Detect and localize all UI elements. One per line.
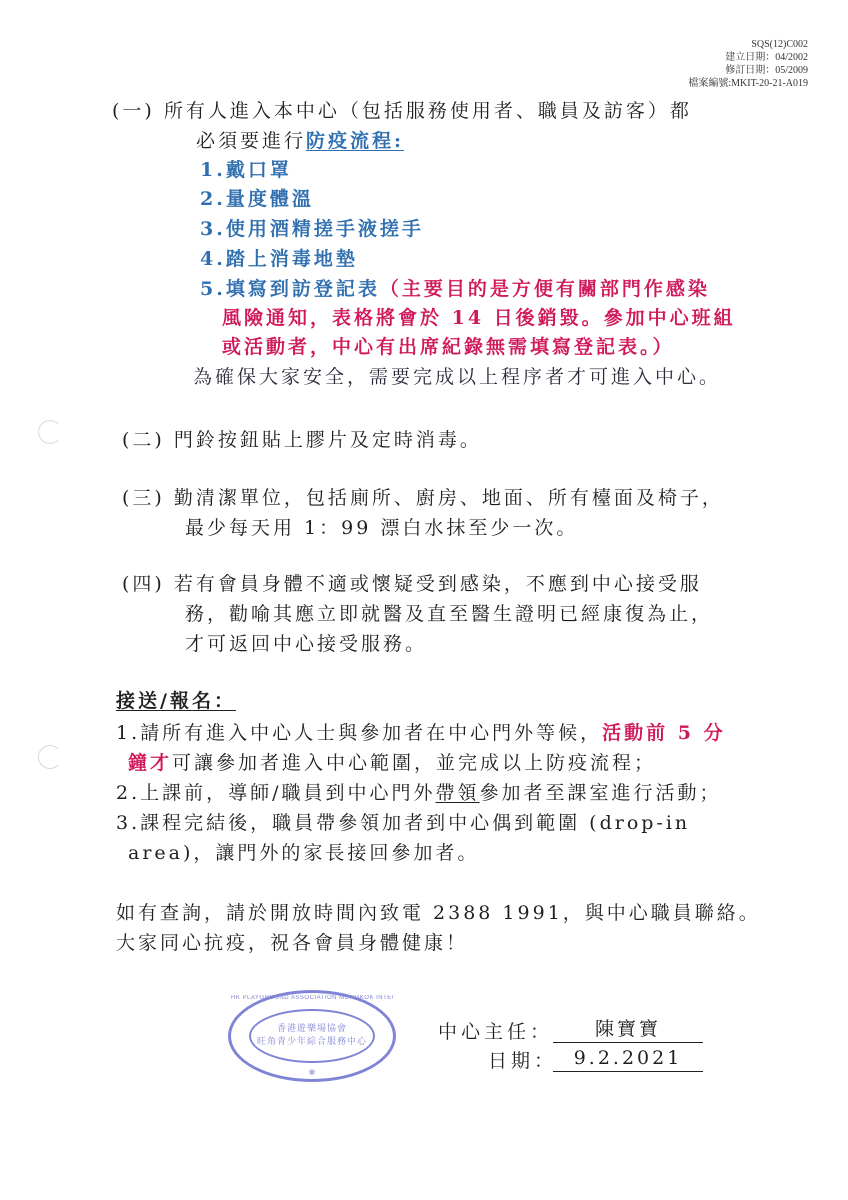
section-text: 勤清潔單位，包括廁所、廚房、地面、所有檯面及椅子， <box>174 487 724 509</box>
contact-line: 如有查詢，請於開放時間內致電 2388 1991，與中心職員聯絡。 <box>116 898 761 928</box>
step-5: 5.填寫到訪登記表 <box>200 278 380 300</box>
section-text: 才可返回中心接受服務。 <box>185 629 427 659</box>
section-closing: 為確保大家安全，需要完成以上程序者才可進入中心。 <box>193 362 721 392</box>
pickup-item-3: 3.課程完結後，職員帶參領加者到中心偶到範圍 (drop-in <box>116 808 690 838</box>
file-number: 檔案編號:MKIT-20-21-A019 <box>688 77 808 90</box>
section-text: 若有會員身體不適或懷疑受到感染，不應到中心接受服 <box>174 573 702 595</box>
closing-greeting: 大家同心抗疫，祝各會員身體健康！ <box>116 928 468 958</box>
section-marker: (二) <box>122 429 165 451</box>
pickup-heading: 接送/報名： <box>116 686 236 716</box>
revised-date: 修訂日期：05/2009 <box>688 64 808 77</box>
step-2: 2.量度體溫 <box>200 184 314 214</box>
section-marker: (三) <box>122 487 165 509</box>
step-4: 4.踏上消毒地墊 <box>200 244 358 274</box>
pickup-item-2: 2.上課前，導師/職員到中心門外帶領參加者至課室進行活動； <box>116 778 722 808</box>
section-text: 務，勸喻其應立即就醫及直至醫生證明已經康復為止， <box>185 599 713 629</box>
director-label: 中心主任： <box>438 1017 553 1044</box>
section-marker: (一) <box>112 100 155 122</box>
section-marker: (四) <box>122 573 165 595</box>
stamp-symbol-icon: ✻ <box>231 1068 393 1077</box>
pickup-item-1: 1.請所有進入中心人士與參加者在中心門外等候，活動前 5 分 <box>116 718 726 748</box>
section-text: 最少每天用 1：99 漂白水抹至少一次。 <box>185 513 578 543</box>
form-code: SQS(12)C002 <box>688 38 808 51</box>
section-text: 所有人進入本中心（包括服務使用者、職員及訪客）都 <box>164 100 692 122</box>
created-date: 建立日期：04/2002 <box>688 51 808 64</box>
pickup-item-1-cont: 鐘才可讓參加者進入中心範圍，並完成以上防疫流程； <box>128 748 656 778</box>
punch-hole-bottom <box>38 745 62 769</box>
section-text: 門鈴按鈕貼上膠片及定時消毒。 <box>174 429 482 451</box>
stamp-line-1: 香港遊樂場協會 <box>277 1023 347 1036</box>
section-text: 必須要進行 <box>196 130 306 152</box>
step-3: 3.使用酒精搓手液搓手 <box>200 214 424 244</box>
date-value: 9.2.2021 <box>553 1045 703 1072</box>
step-5-note: 風險通知，表格將會於 14 日後銷毀。參加中心班組 <box>222 303 736 333</box>
stamp-line-2: 旺角青少年綜合服務中心 <box>257 1036 367 1049</box>
step-1: 1.戴口罩 <box>200 155 292 185</box>
step-5-note: （主要目的是方便有關部門作感染 <box>380 278 710 300</box>
step-5-note: 或活動者，中心有出席紀錄無需填寫登記表。） <box>222 332 675 362</box>
pickup-item-3-cont: area)，讓門外的家長接回參加者。 <box>128 838 479 868</box>
punch-hole-top <box>38 420 62 444</box>
director-name: 陳寶寶 <box>553 1016 703 1043</box>
date-label: 日期： <box>488 1046 557 1073</box>
stamp-ring-text: HK PLAYGROUND ASSOCIATION MONGKOK INTEGR… <box>231 995 393 1001</box>
document-meta: SQS(12)C002 建立日期：04/2002 修訂日期：05/2009 檔案… <box>688 38 808 90</box>
organization-stamp: HK PLAYGROUND ASSOCIATION MONGKOK INTEGR… <box>228 990 396 1082</box>
prevention-process-label: 防疫流程: <box>306 130 404 152</box>
